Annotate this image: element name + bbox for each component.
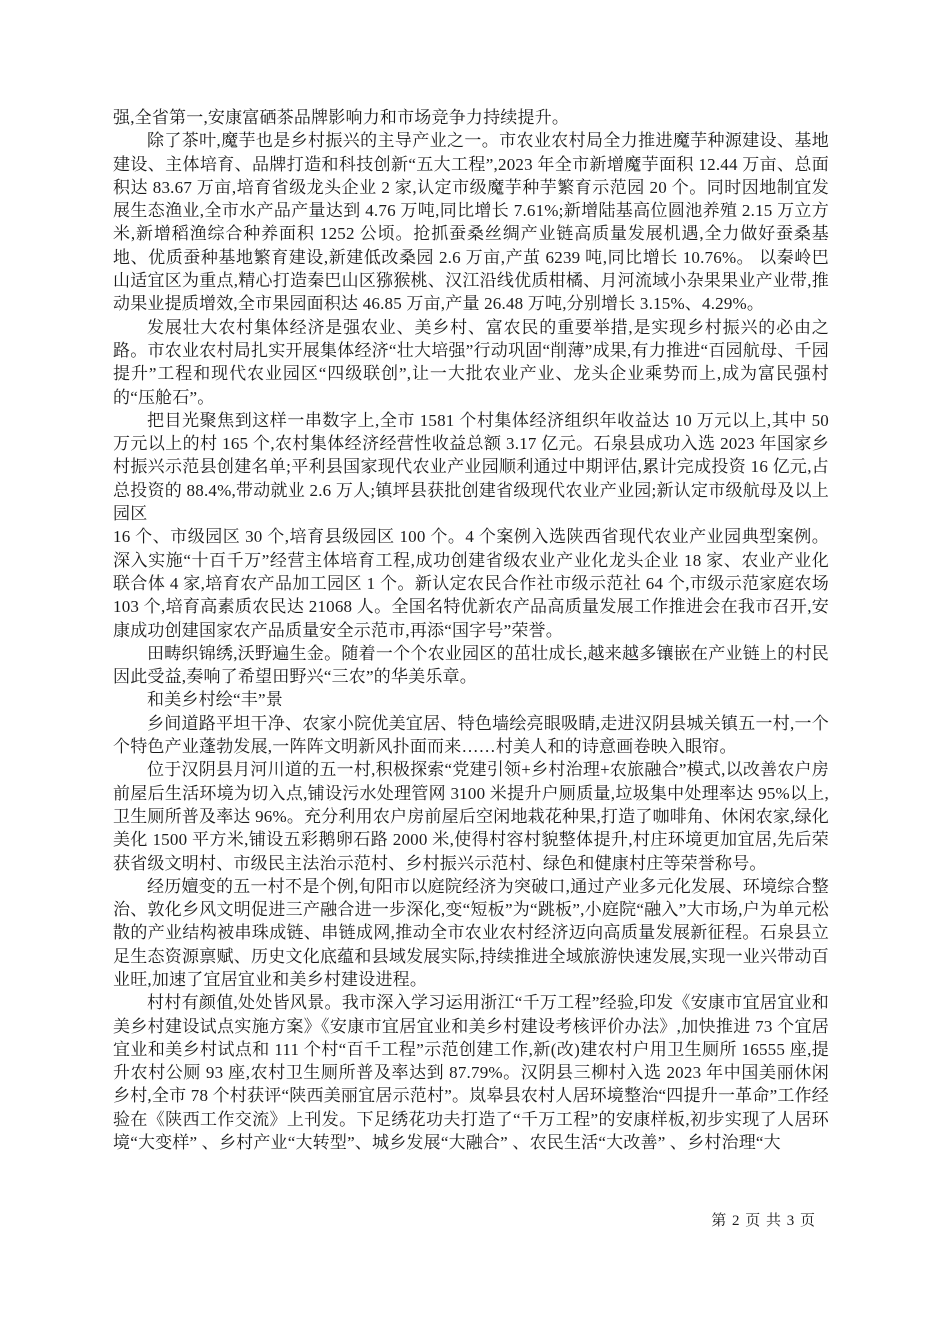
paragraph-konjac-industry: 除了茶叶,魔芋也是乡村振兴的主导产业之一。市农业农村局全力推进魔芋种源建设、基地… — [113, 129, 829, 315]
paragraph-thousand-village-project: 村村有颜值,处处皆风景。我市深入学习运用浙江“千万工程”经验,印发《安康市宜居宜… — [113, 991, 829, 1154]
paragraph-wuyi-village-intro: 乡间道路平坦干净、农家小院优美宜居、特色墙绘亮眼吸睛,走进汉阴县城关镇五一村,一… — [113, 712, 829, 759]
paragraph-continuation-from-previous-page: 强,全省第一,安康富硒茶品牌影响力和市场竞争力持续提升。 — [113, 106, 829, 129]
paragraph-xunyang-shiquan: 经历嬗变的五一村不是个例,旬阳市以庭院经济为突破口,通过产业多元化发展、环境综合… — [113, 875, 829, 991]
document-page: 强,全省第一,安康富硒茶品牌影响力和市场竞争力持续提升。 除了茶叶,魔芋也是乡村… — [0, 0, 950, 1344]
page-indicator: 第 2 页 共 3 页 — [711, 1213, 816, 1229]
page-number-footer: 第 2 页 共 3 页 — [113, 1209, 816, 1230]
document-body-text: 强,全省第一,安康富硒茶品牌影响力和市场竞争力持续提升。 除了茶叶,魔芋也是乡村… — [113, 106, 829, 1154]
paragraph-statistics: 把目光聚焦到这样一串数字上,全市 1581 个村集体经济组织年收益达 10 万元… — [113, 409, 829, 525]
section-heading-beautiful-village: 和美乡村绘“丰”景 — [113, 688, 829, 711]
paragraph-statistics-continuation: 16 个、市级园区 30 个,培育县级园区 100 个。4 个案例入选陕西省现代… — [113, 525, 829, 641]
paragraph-wuyi-village-detail: 位于汉阴县月河川道的五一村,积极探索“党建引领+乡村治理+农旅融合”模式,以改善… — [113, 758, 829, 874]
paragraph-fields-of-gold: 田畴织锦绣,沃野遍生金。随着一个个农业园区的茁壮成长,越来越多镶嵌在产业链上的村… — [113, 642, 829, 689]
paragraph-collective-economy: 发展壮大农村集体经济是强农业、美乡村、富农民的重要举措,是实现乡村振兴的必由之路… — [113, 316, 829, 409]
